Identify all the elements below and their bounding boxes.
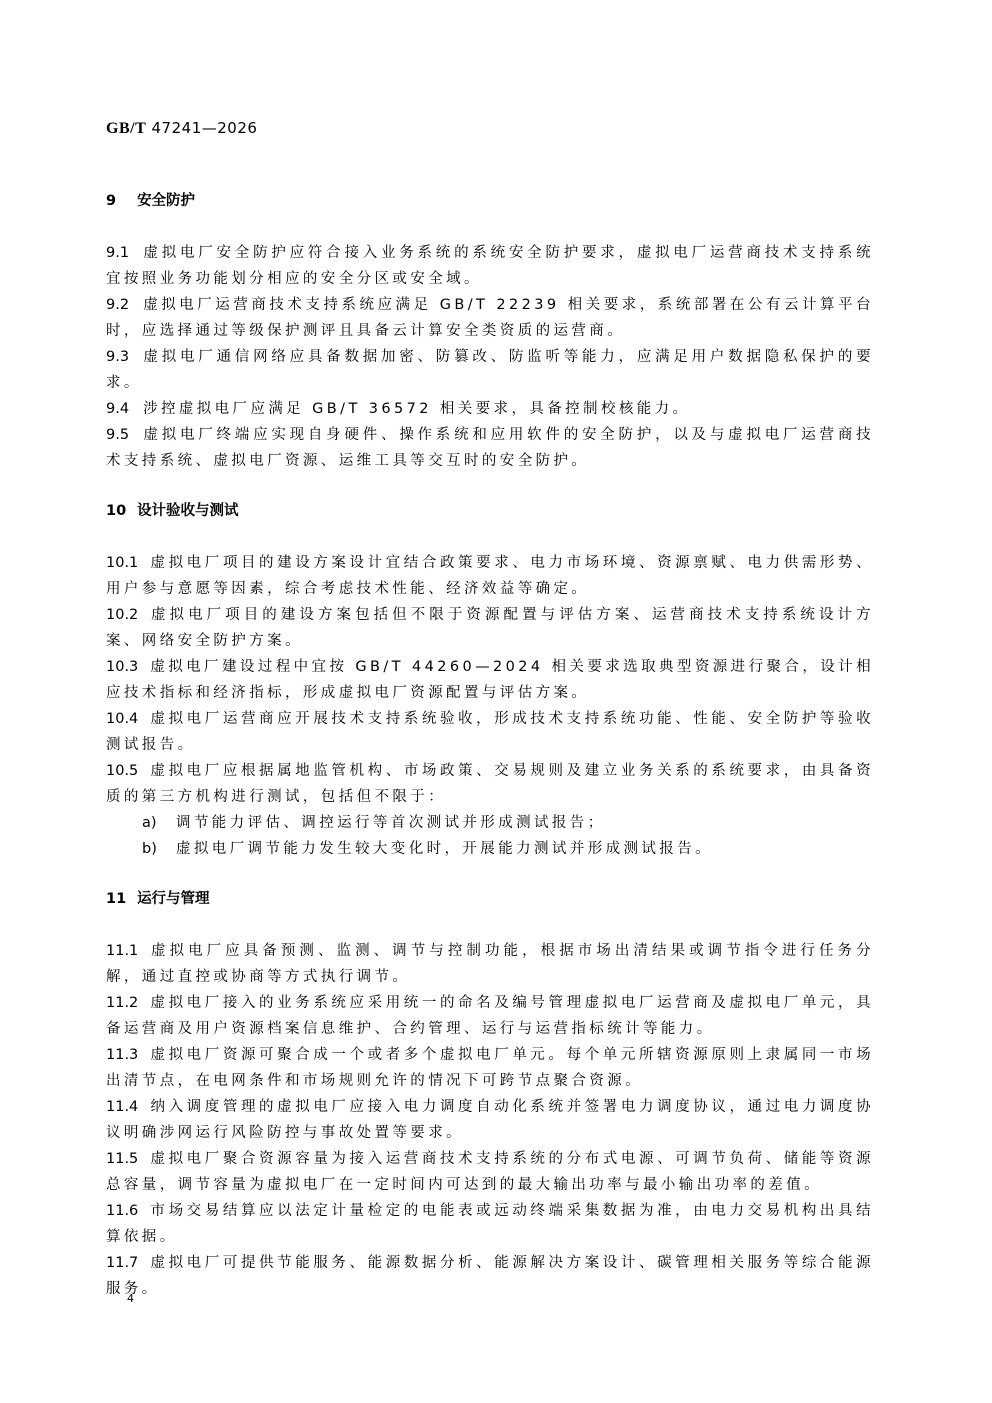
- clause-11-2: 11.2虚拟电厂接入的业务系统应采用统一的命名及编号管理虚拟电厂运营商及虚拟电厂…: [106, 990, 874, 1042]
- clause-text: 虚拟电厂应具备预测、监测、调节与控制功能，根据市场出清结果或调节指令进行任务分解…: [106, 943, 874, 985]
- clause-text: 涉控虚拟电厂应满足 GB/T 36572 相关要求，具备控制校核能力。: [143, 401, 690, 417]
- clause-10-2: 10.2虚拟电厂项目的建设方案包括但不限于资源配置与评估方案、运营商技术支持系统…: [106, 602, 874, 654]
- clause-9-5: 9.5虚拟电厂终端应实现自身硬件、操作系统和应用软件的安全防护，以及与虚拟电厂运…: [106, 422, 874, 474]
- clause-number: 10.1: [106, 550, 138, 576]
- clause-number: 10.5: [106, 758, 138, 784]
- clause-text: 虚拟电厂运营商应开展技术支持系统验收，形成技术支持系统功能、性能、安全防护等验收…: [106, 711, 874, 753]
- clause-number: 9.2: [106, 292, 129, 318]
- section-number: 11: [106, 886, 132, 912]
- section-heading-9: 9 安全防护: [106, 188, 874, 214]
- clause-number: 11.4: [106, 1094, 138, 1120]
- section-number: 9: [106, 188, 132, 214]
- list-marker: b): [142, 836, 176, 862]
- clause-text: 虚拟电厂聚合资源容量为接入运营商技术支持系统的分布式电源、可调节负荷、储能等资源…: [106, 1151, 874, 1193]
- clause-text: 虚拟电厂安全防护应符合接入业务系统的系统安全防护要求，虚拟电厂运营商技术支持系统…: [106, 245, 874, 287]
- clause-10-3: 10.3虚拟电厂建设过程中宜按 GB/T 44260—2024 相关要求选取典型…: [106, 654, 874, 706]
- clause-9-1: 9.1虚拟电厂安全防护应符合接入业务系统的系统安全防护要求，虚拟电厂运营商技术支…: [106, 240, 874, 292]
- clause-text: 虚拟电厂可提供节能服务、能源数据分析、能源解决方案设计、碳管理相关服务等综合能源…: [106, 1255, 874, 1297]
- section-title: 运行与管理: [137, 891, 210, 907]
- clause-number: 11.7: [106, 1250, 138, 1276]
- clause-text: 虚拟电厂项目的建设方案包括但不限于资源配置与评估方案、运营商技术支持系统设计方案…: [106, 607, 874, 649]
- clause-11-3: 11.3虚拟电厂资源可聚合成一个或者多个虚拟电厂单元。每个单元所辖资源原则上隶属…: [106, 1042, 874, 1094]
- clause-number: 10.2: [106, 602, 138, 628]
- clause-text: 虚拟电厂接入的业务系统应采用统一的命名及编号管理虚拟电厂运营商及虚拟电厂单元，具…: [106, 995, 874, 1037]
- clause-number: 11.3: [106, 1042, 138, 1068]
- page-number: 4: [127, 1292, 134, 1306]
- section-title: 设计验收与测试: [137, 503, 239, 519]
- clause-text: 纳入调度管理的虚拟电厂应接入电力调度自动化系统并签署电力调度协议，通过电力调度协…: [106, 1099, 874, 1141]
- standard-number: 47241—2026: [152, 119, 258, 137]
- clause-text: 虚拟电厂应根据属地监管机构、市场政策、交易规则及建立业务关系的系统要求，由具备资…: [106, 763, 874, 805]
- clause-text: 虚拟电厂通信网络应具备数据加密、防篡改、防监听等能力，应满足用户数据隐私保护的要…: [106, 349, 874, 391]
- clause-10-5: 10.5虚拟电厂应根据属地监管机构、市场政策、交易规则及建立业务关系的系统要求，…: [106, 758, 874, 810]
- clause-text: 虚拟电厂建设过程中宜按 GB/T 44260—2024 相关要求选取典型资源进行…: [106, 659, 874, 701]
- clause-number: 11.2: [106, 990, 138, 1016]
- list-item-text: 虚拟电厂调节能力发生较大变化时，开展能力测试并形成测试报告。: [176, 841, 713, 857]
- clause-text: 虚拟电厂资源可聚合成一个或者多个虚拟电厂单元。每个单元所辖资源原则上隶属同一市场…: [106, 1047, 874, 1089]
- clause-number: 10.3: [106, 654, 138, 680]
- clause-11-5: 11.5虚拟电厂聚合资源容量为接入运营商技术支持系统的分布式电源、可调节负荷、储…: [106, 1146, 874, 1198]
- section-title: 安全防护: [137, 193, 195, 209]
- clause-9-4: 9.4涉控虚拟电厂应满足 GB/T 36572 相关要求，具备控制校核能力。: [106, 396, 874, 422]
- clause-11-6: 11.6市场交易结算应以法定计量检定的电能表或远动终端采集数据为准，由电力交易机…: [106, 1198, 874, 1250]
- section-number: 10: [106, 498, 132, 524]
- document-body: 9 安全防护 9.1虚拟电厂安全防护应符合接入业务系统的系统安全防护要求，虚拟电…: [106, 188, 874, 1302]
- clause-number: 11.5: [106, 1146, 138, 1172]
- clause-9-3: 9.3虚拟电厂通信网络应具备数据加密、防篡改、防监听等能力，应满足用户数据隐私保…: [106, 344, 874, 396]
- clause-text: 市场交易结算应以法定计量检定的电能表或远动终端采集数据为准，由电力交易机构出具结…: [106, 1203, 874, 1245]
- standard-prefix: GB/T: [106, 120, 146, 137]
- clause-10-4: 10.4虚拟电厂运营商应开展技术支持系统验收，形成技术支持系统功能、性能、安全防…: [106, 706, 874, 758]
- standard-number-header: GB/T 47241—2026: [106, 118, 257, 139]
- list-item-text: 调节能力评估、调控运行等首次测试并形成测试报告；: [176, 815, 606, 831]
- clause-number: 9.3: [106, 344, 129, 370]
- document-page: GB/T 47241—2026 9 安全防护 9.1虚拟电厂安全防护应符合接入业…: [0, 0, 992, 1403]
- clause-10-1: 10.1虚拟电厂项目的建设方案设计宜结合政策要求、电力市场环境、资源禀赋、电力供…: [106, 550, 874, 602]
- list-item-a: a)调节能力评估、调控运行等首次测试并形成测试报告；: [106, 810, 874, 836]
- clause-number: 9.1: [106, 240, 129, 266]
- clause-text: 虚拟电厂运营商技术支持系统应满足 GB/T 22239 相关要求，系统部署在公有…: [106, 297, 874, 339]
- clause-number: 9.4: [106, 396, 129, 422]
- clause-9-2: 9.2虚拟电厂运营商技术支持系统应满足 GB/T 22239 相关要求，系统部署…: [106, 292, 874, 344]
- clause-11-1: 11.1虚拟电厂应具备预测、监测、调节与控制功能，根据市场出清结果或调节指令进行…: [106, 938, 874, 990]
- list-marker: a): [142, 810, 176, 836]
- clause-text: 虚拟电厂终端应实现自身硬件、操作系统和应用软件的安全防护，以及与虚拟电厂运营商技…: [106, 427, 874, 469]
- clause-number: 9.5: [106, 422, 129, 448]
- section-heading-10: 10 设计验收与测试: [106, 498, 874, 524]
- list-item-b: b)虚拟电厂调节能力发生较大变化时，开展能力测试并形成测试报告。: [106, 836, 874, 862]
- clause-number: 10.4: [106, 706, 138, 732]
- clause-number: 11.6: [106, 1198, 138, 1224]
- clause-11-7: 11.7虚拟电厂可提供节能服务、能源数据分析、能源解决方案设计、碳管理相关服务等…: [106, 1250, 874, 1302]
- clause-11-4: 11.4纳入调度管理的虚拟电厂应接入电力调度自动化系统并签署电力调度协议，通过电…: [106, 1094, 874, 1146]
- section-heading-11: 11 运行与管理: [106, 886, 874, 912]
- clause-text: 虚拟电厂项目的建设方案设计宜结合政策要求、电力市场环境、资源禀赋、电力供需形势、…: [106, 555, 874, 597]
- clause-number: 11.1: [106, 938, 138, 964]
